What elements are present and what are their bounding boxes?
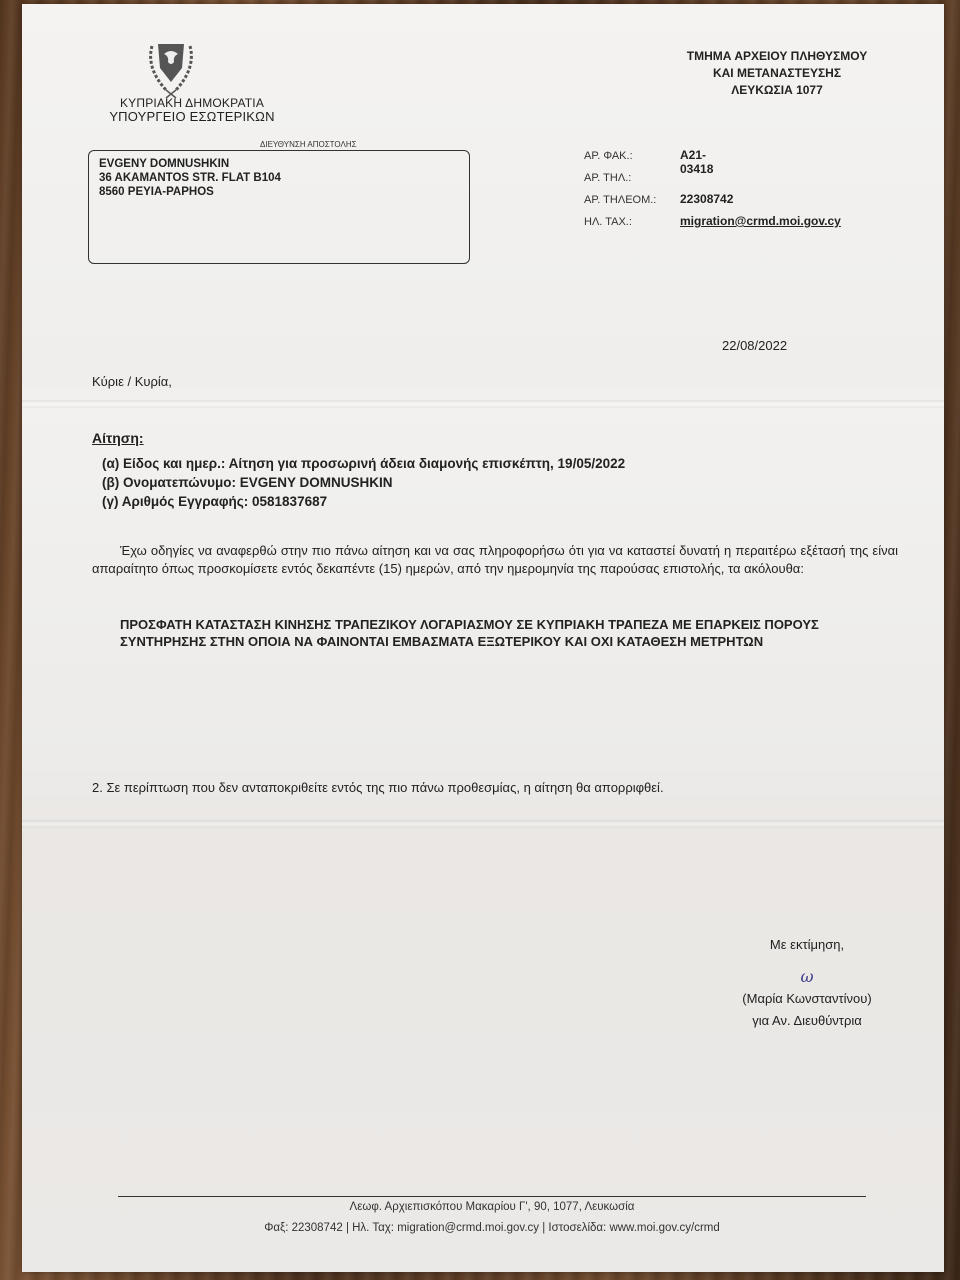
email-link[interactable]: migration@crmd.moi.gov.cy	[680, 214, 841, 228]
return-address-label: ΔΙΕΥΘΥΝΣΗ ΑΠΟΣΤΟΛΗΣ	[260, 140, 357, 149]
recipient-name: EVGENY DOMNUSHKIN	[99, 157, 459, 171]
paper-fold-line	[22, 400, 944, 408]
subject-details: (α) Είδος και ημερ.: Αίτηση για προσωριν…	[102, 454, 625, 511]
salutation: Κύριε / Κυρία,	[92, 374, 172, 389]
closing-regards: Με εκτίμηση,	[702, 934, 912, 956]
signature-mark: ω	[702, 966, 912, 988]
footer-contacts: Φαξ: 22308742 | Ηλ. Ταχ: migration@crmd.…	[118, 1218, 866, 1239]
footer-address: Λεωφ. Αρχιεπισκόπου Μακαρίου Γ', 90, 107…	[118, 1197, 866, 1218]
subject-heading: Αίτηση:	[92, 430, 144, 446]
deadline-warning: 2. Σε περίπτωση που δεν ανταποκριθείτε ε…	[92, 780, 664, 795]
country-name: ΚΥΠΡΙΑΚΗ ΔΗΜΟΚΡΑΤΙΑ	[92, 96, 292, 110]
department-city: ΛΕΥΚΩΣΙΑ 1077	[662, 82, 892, 99]
recipient-address-box: EVGENY DOMNUSHKIN 36 AKAMANTOS STR. FLAT…	[88, 150, 470, 264]
footer: Λεωφ. Αρχιεπισκόπου Μακαρίου Γ', 90, 107…	[118, 1197, 866, 1239]
recipient-street: 36 AKAMANTOS STR. FLAT B104	[99, 171, 459, 185]
recipient-city: 8560 PEYIA-PAPHOS	[99, 185, 459, 199]
ministry-name: ΥΠΟΥΡΓΕΙΟ ΕΣΩΤΕΡΙΚΩΝ	[92, 110, 292, 124]
letter-date: 22/08/2022	[722, 338, 787, 353]
department-line: ΚΑΙ ΜΕΤΑΝΑΣΤΕΥΣΗΣ	[662, 65, 892, 82]
paper-fold-line	[22, 820, 944, 828]
signatory-role: για Αν. Διευθύντρια	[702, 1010, 912, 1032]
signatory-name: (Μαρία Κωνσταντίνου)	[702, 988, 912, 1010]
requirement-text: ΠΡΟΣΦΑΤΗ ΚΑΤΑΣΤΑΣΗ ΚΙΝΗΣΗΣ ΤΡΑΠΕΖΙΚΟΥ ΛΟ…	[120, 616, 900, 650]
application-type: (α) Είδος και ημερ.: Αίτηση για προσωριν…	[102, 454, 625, 473]
department-block: ΤΜΗΜΑ ΑΡΧΕΙΟΥ ΠΛΗΘΥΣΜΟΥ ΚΑΙ ΜΕΤΑΝΑΣΤΕΥΣΗ…	[662, 48, 892, 99]
applicant-name: (β) Ονοματεπώνυμο: EVGENY DOMNUSHKIN	[102, 473, 625, 492]
letter-page: ΚΥΠΡΙΑΚΗ ΔΗΜΟΚΡΑΤΙΑ ΥΠΟΥΡΓΕΙΟ ΕΣΩΤΕΡΙΚΩΝ…	[22, 4, 944, 1272]
registration-number: (γ) Αριθμός Εγγραφής: 0581837687	[102, 492, 625, 511]
issuer-block: ΚΥΠΡΙΑΚΗ ΔΗΜΟΚΡΑΤΙΑ ΥΠΟΥΡΓΕΙΟ ΕΣΩΤΕΡΙΚΩΝ	[92, 96, 292, 124]
body-paragraph: Έχω οδηγίες να αναφερθώ στην πιο πάνω αί…	[92, 542, 898, 578]
closing-block: Με εκτίμηση, ω (Μαρία Κωνσταντίνου) για …	[702, 934, 912, 1032]
department-line: ΤΜΗΜΑ ΑΡΧΕΙΟΥ ΠΛΗΘΥΣΜΟΥ	[662, 48, 892, 65]
